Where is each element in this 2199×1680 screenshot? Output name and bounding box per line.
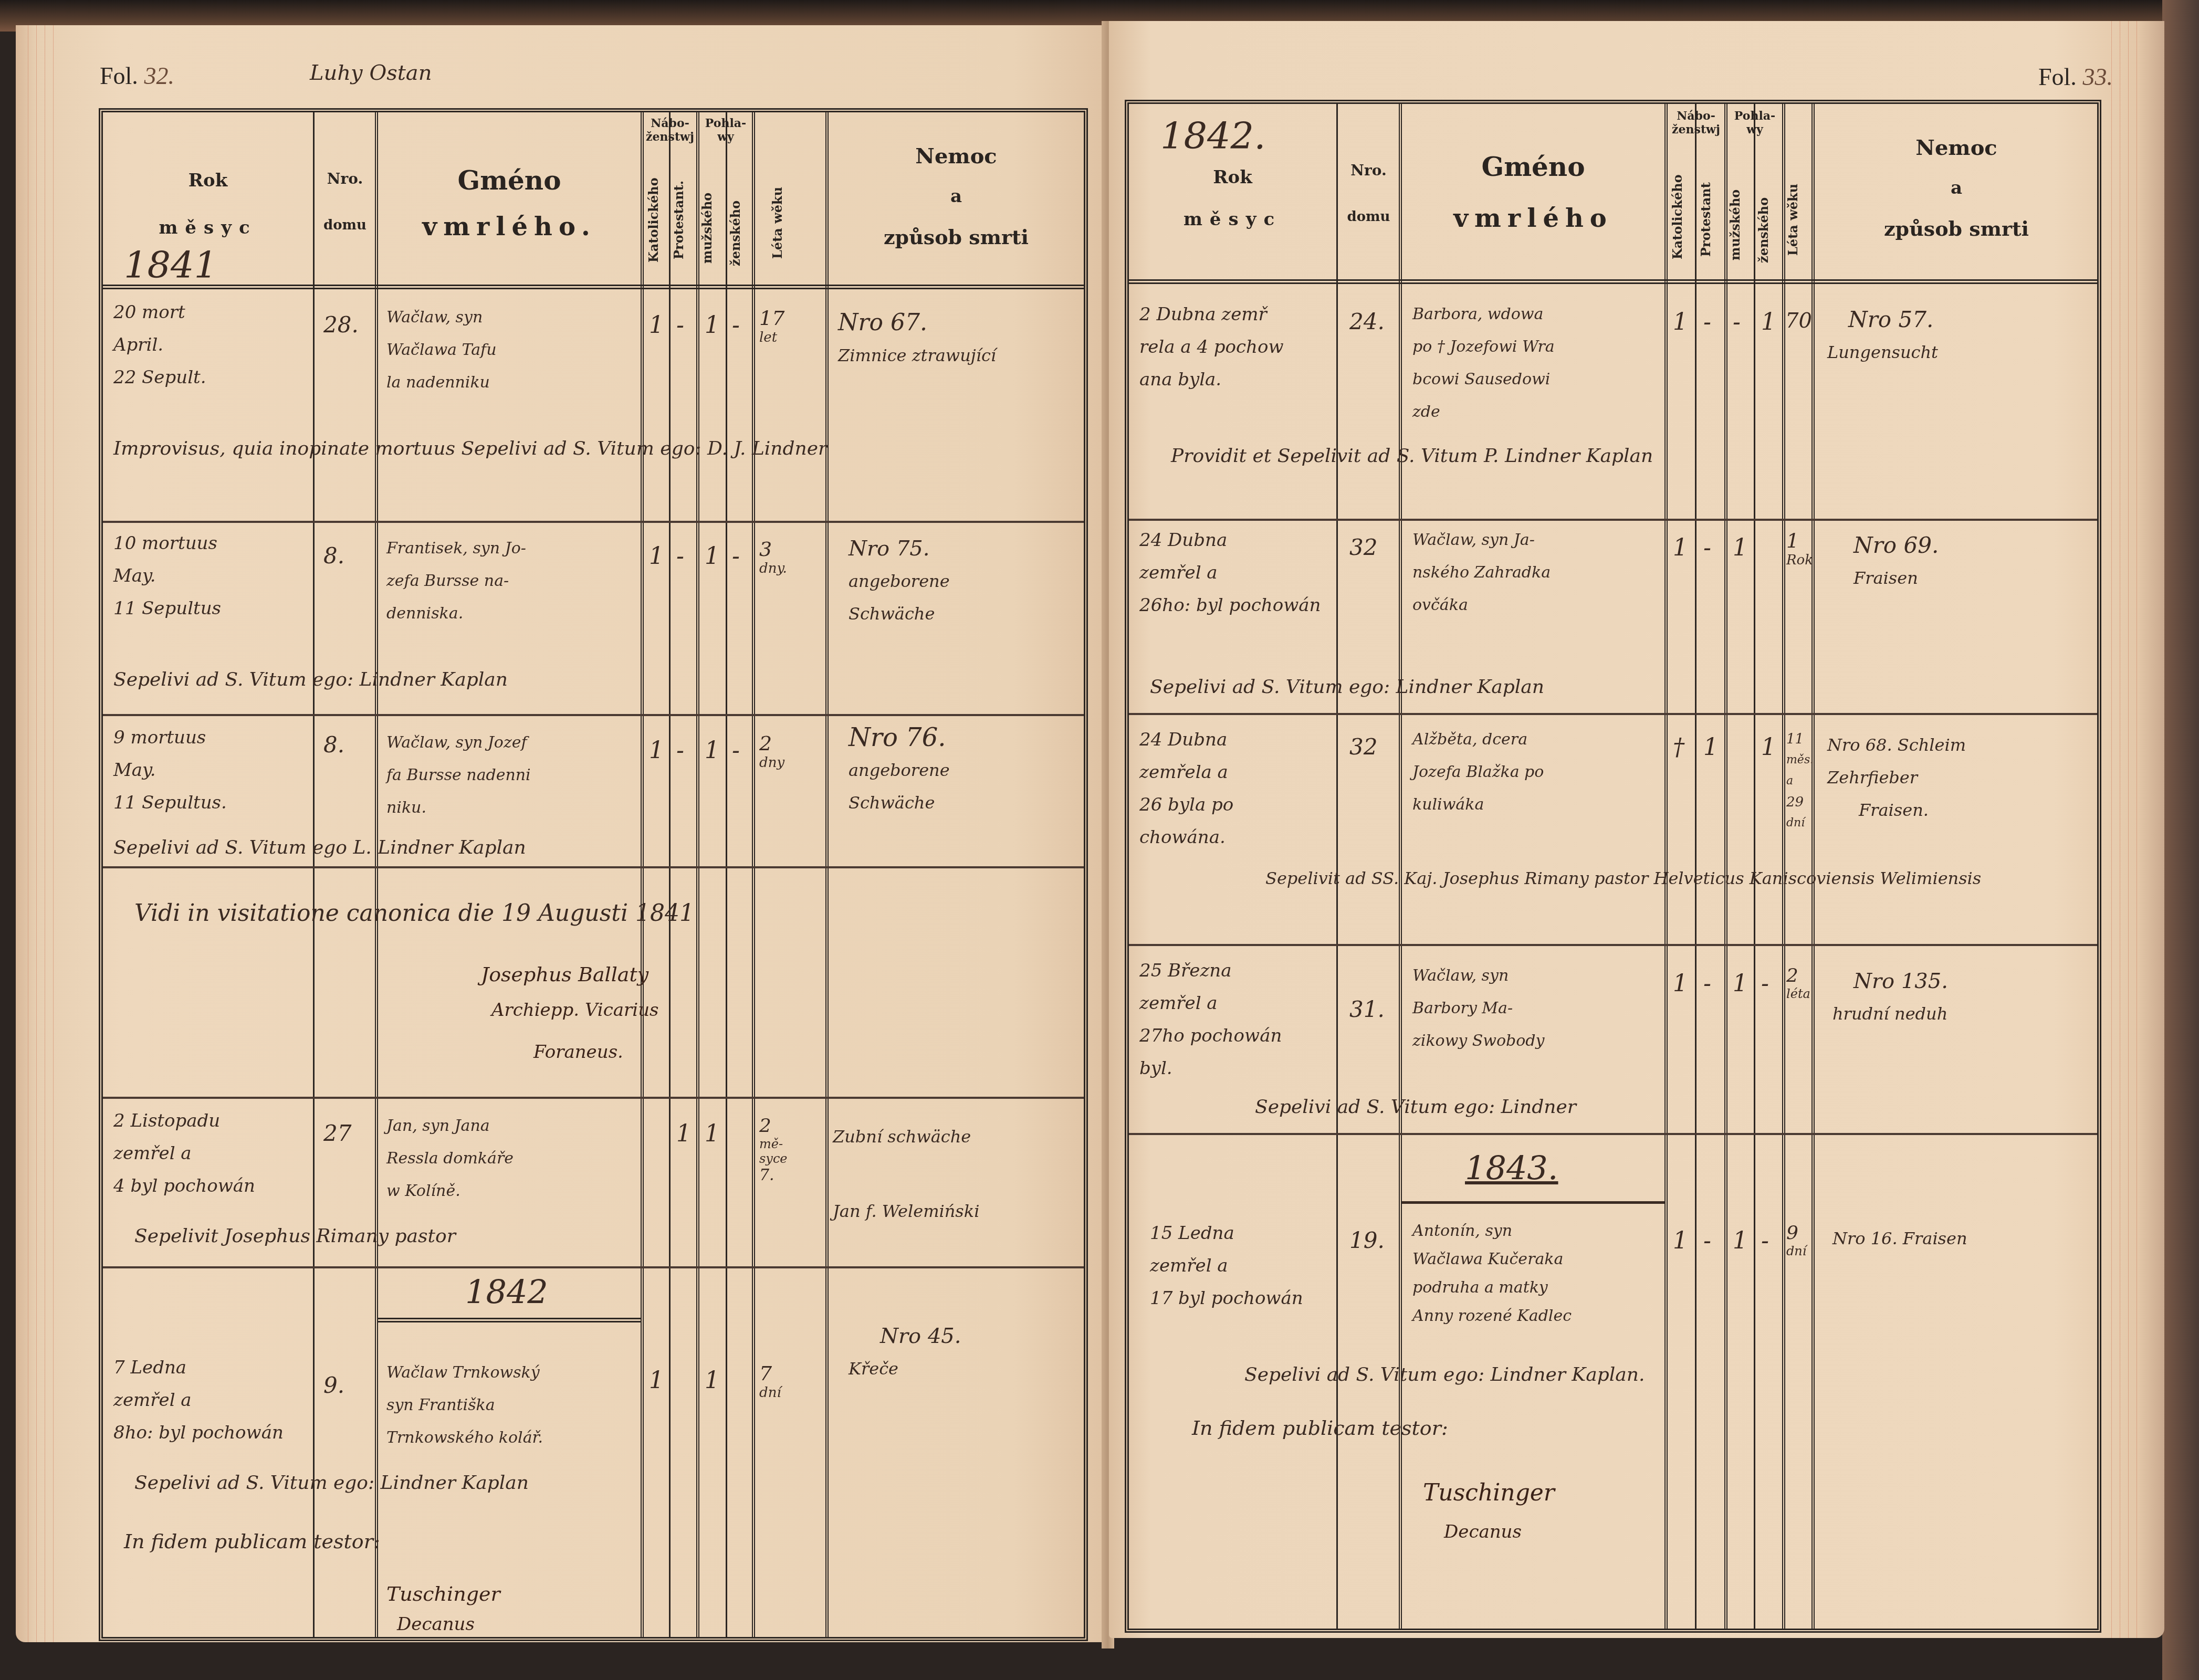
entry-house: 32 [1349, 734, 1377, 760]
entry-date: 25 Března zemřel a 27ho pochowán byl. [1139, 954, 1282, 1085]
entry-house: 24. [1349, 309, 1385, 334]
entry-name: Wačlaw, syn Wačlawa Tafu la nadenniku [386, 301, 497, 399]
col-divider [313, 112, 315, 1637]
entry-name: Wačlaw, syn Barbory Ma- zikowy Swobody [1412, 960, 1545, 1057]
entry-katolik: 1 [1673, 534, 1688, 561]
header-rule [1129, 279, 2097, 284]
entry-cause: Nro 75. angeborene Schwäche [849, 532, 950, 630]
visitation-signature: Josephus Ballaty [481, 963, 648, 986]
header-domu: domu [1338, 209, 1399, 225]
header-nemoc: Nemoc [828, 144, 1085, 169]
entry-burial-note: Sepelivit Josephus Rimany pastor [134, 1225, 456, 1247]
header-vmrleho: vmrlého [1402, 204, 1664, 233]
entry-muz: 1 [1733, 1227, 1747, 1254]
entry-date: 2 Dubna zemř rela a 4 pochow ana byla. [1139, 298, 1284, 396]
row-rule [1129, 944, 2097, 946]
entry-burial-note: Sepelivit ad SS. Kaj. Josephus Rimany pa… [1265, 860, 2085, 897]
header-pohlawy: Pohla- wy [699, 117, 752, 144]
entry-muz: 1 [705, 1367, 719, 1394]
row-rule [103, 521, 1084, 523]
entry-protestant: 1 [1703, 734, 1718, 761]
entry-name: Wačlaw Trnkowský syn Františka Trnkowské… [386, 1357, 543, 1454]
entry-burial-note: Improvisus, quia inopinate mortuus Sepel… [113, 438, 827, 459]
entry-house: 31. [1349, 996, 1385, 1022]
header-protestant: Protestant [1698, 162, 1722, 277]
entry-burial-note: Sepelivi ad S. Vitum ego: Lindner Kaplan [134, 1472, 529, 1494]
col-divider [669, 112, 671, 1637]
left-page: Fol. 32. Luhy Ostan Rok měsyc 1841 Nro. … [16, 25, 1107, 1642]
entry-house: 27 [323, 1120, 351, 1146]
entry-name: Frantisek, syn Jo- zefa Bursse na- denni… [386, 532, 526, 630]
row-rule [1129, 713, 2097, 715]
entry-age: 7 dní [759, 1362, 781, 1401]
entry-date: 7 Ledna zemřel a 8ho: byl pochowán [113, 1351, 284, 1449]
header-zpusob-smrti: způsob smrti [828, 225, 1085, 249]
entry-house: 28. [323, 312, 359, 338]
entry-protestant: - [1703, 309, 1711, 335]
entry-katolik: 1 [649, 312, 664, 339]
header-nro: Nro. [315, 170, 375, 187]
header-rule [103, 285, 1084, 289]
entry-muz: - [1733, 309, 1741, 335]
register-table: 1842. Rok měsyc Nro. domu Gméno vmrlého … [1125, 100, 2101, 1633]
entry-cause: Nro 68. Schleim Zehrfieber Fraisen. [1827, 729, 1966, 826]
row-rule [1129, 519, 2097, 521]
entry-date: 9 mortuus May. 11 Sepultus. [113, 721, 227, 819]
header-mesyc: měsyc [1129, 209, 1336, 230]
year-1841: 1841 [124, 244, 217, 287]
header-vmrleho: vmrlého. [378, 212, 641, 241]
header-leta-weku: Léta wěku [1785, 162, 1809, 277]
visitation-signature-title: Foraneus. [533, 1042, 623, 1063]
year-mark-1843: 1843. [1465, 1149, 1558, 1187]
entry-burial-note: Sepelivi ad S. Vitum ego: Lindner Kaplan… [1244, 1364, 1645, 1385]
entry-muz: 1 [705, 312, 719, 339]
header-nabozenstwi: Nábo- ženstwj [1668, 109, 1724, 136]
header-katolickeho: Katolického [1670, 156, 1694, 277]
entry-muz: 1 [705, 737, 719, 764]
header-protestant: Protestant. [671, 160, 694, 280]
col-divider [825, 112, 829, 1637]
entry-cause: Nro 76. angeborene Schwäche [849, 721, 950, 819]
entry-date: 24 Dubna zemřela a 26 byla po chowána. [1139, 723, 1233, 854]
entry-house: 8. [323, 543, 344, 569]
entry-protestant: - [1703, 1227, 1711, 1254]
entry-age: 9 dní [1786, 1222, 1807, 1258]
dean-title: Decanus [1444, 1521, 1522, 1542]
header-katolickeho: Katolického [646, 160, 669, 280]
entry-zena: - [732, 312, 740, 339]
entry-cause: Nro 69. Fraisen [1854, 529, 1939, 594]
entry-protestant: - [676, 312, 684, 339]
right-page: Fol. 33. 1842. Rok měsyc Nro. domu Gméno… [1109, 21, 2164, 1638]
col-divider [375, 112, 378, 1637]
folio-label-text: Fol. [2038, 64, 2077, 90]
entry-katolik: † [1673, 734, 1684, 761]
attestation-text: In fidem publicam testor: [124, 1530, 380, 1553]
header-leta-weku: Léta wěku [770, 165, 794, 280]
folio-label: Fol. 32. [100, 62, 174, 90]
entry-protestant: - [676, 737, 684, 764]
col-divider [752, 112, 755, 1637]
year-rule [1402, 1201, 1664, 1204]
header-a: a [1815, 177, 2098, 198]
page-edges [2107, 21, 2138, 1638]
folio-label-text: Fol. [100, 62, 138, 89]
year-rule [378, 1318, 641, 1322]
entry-name: Wačlaw, syn Ja- nského Zahradka ovčáka [1412, 524, 1551, 622]
col-divider [726, 112, 727, 1637]
header-gmeno: Gméno [1402, 151, 1664, 182]
entry-name: Alžběta, dcera Jozefa Blažka po kuliwáka [1412, 723, 1544, 821]
year-1842-header: 1842. [1160, 114, 1265, 157]
entry-name: Jan, syn Jana Ressla domkáře w Kolíně. [386, 1110, 514, 1207]
header-nabozenstwi: Nábo- ženstwj [644, 117, 696, 144]
entry-katolik: 1 [1673, 1227, 1688, 1254]
entry-cause: Nro 135. hrudní neduh [1832, 965, 1948, 1030]
entry-burial-note: Sepelivi ad S. Vitum ego: Lindner Kaplan [113, 669, 508, 690]
entry-muz: 1 [705, 543, 719, 570]
row-rule [103, 866, 1084, 868]
entry-zena: 1 [1761, 734, 1776, 761]
entry-date: 2 Listopadu zemřel a 4 byl pochowán [113, 1105, 255, 1202]
header-zenskeho: ženského [728, 186, 752, 280]
dean-signature: Tuschinger [386, 1582, 500, 1605]
attestation-text: In fidem publicam testor: [1192, 1416, 1448, 1440]
entry-age: 70 [1785, 309, 1812, 333]
entry-age: 2 mě- syce 7. [759, 1115, 788, 1184]
entry-muz: 1 [1733, 970, 1747, 997]
header-a: a [828, 186, 1085, 207]
entry-date: 10 mortuus May. 11 Sepultus [113, 527, 221, 625]
header-muzskeho: mužského [699, 175, 724, 280]
folio-label: Fol. 33. [2038, 63, 2113, 91]
entry-cause: Zubní schwäche Jan f. Welemiński [833, 1120, 979, 1227]
dean-title: Decanus [397, 1614, 475, 1635]
entry-date: 15 Ledna zemřel a 17 byl pochowán [1150, 1217, 1303, 1315]
header-mesyc: měsyc [103, 217, 313, 238]
entry-muz: 1 [1733, 534, 1747, 561]
page-edges [23, 25, 55, 1642]
row-rule [103, 1266, 1084, 1268]
dean-signature: Tuschinger [1423, 1479, 1555, 1506]
header-rok: Rok [103, 170, 313, 191]
header-pohlawy: Pohla- wy [1727, 109, 1782, 136]
entry-name: Barbora, wdowa po † Jozefowi Wra bcowi S… [1412, 298, 1555, 428]
entry-date: 20 mort April. 22 Sepult. [113, 296, 206, 394]
entry-burial-note: Sepelivi ad S. Vitum ego: Lindner [1255, 1096, 1576, 1118]
folio-number: 33. [2082, 64, 2113, 90]
entry-muz: 1 [705, 1120, 719, 1147]
entry-katolik: 1 [1673, 970, 1688, 997]
entry-age: 1 Rok [1786, 529, 1813, 568]
entry-protestant: 1 [676, 1120, 691, 1147]
header-muzskeho: mužského [1727, 172, 1752, 277]
entry-zena: 1 [1761, 309, 1776, 335]
visitation-note: Vidi in visitatione canonica die 19 Augu… [134, 900, 694, 927]
folio-number: 32. [144, 62, 174, 89]
entry-age: 3 dny. [759, 538, 787, 576]
row-rule [103, 1097, 1084, 1099]
entry-cause: Nro 16. Fraisen [1832, 1222, 1967, 1255]
entry-age: 17 let [759, 307, 784, 345]
entry-zena: - [1761, 970, 1769, 997]
col-divider [696, 112, 699, 1637]
entry-age: 2 dny [759, 732, 784, 771]
entry-zena: - [1761, 1227, 1769, 1254]
row-rule [1129, 1133, 2097, 1135]
entry-katolik: 1 [649, 737, 664, 764]
entry-age: 2 léta [1786, 965, 1810, 1001]
register-table: Rok měsyc 1841 Nro. domu Gméno vmrlého. … [99, 108, 1088, 1641]
entry-zena: - [732, 543, 740, 570]
entry-house: 9. [323, 1372, 344, 1398]
entry-name: Wačlaw, syn Jozef fa Bursse nadenni niku… [386, 727, 531, 824]
entry-protestant: - [676, 543, 684, 570]
entry-house: 19. [1349, 1227, 1385, 1253]
header-note: Luhy Ostan [310, 61, 432, 85]
header-zpusob-smrti: způsob smrti [1815, 217, 2098, 240]
header-domu: domu [315, 217, 375, 233]
entry-date: 24 Dubna zemřel a 26ho: byl pochowán [1139, 524, 1321, 622]
entry-protestant: - [1703, 534, 1711, 561]
entry-burial-note: Sepelivi ad S. Vitum ego L. Lindner Kapl… [113, 837, 526, 858]
entry-name: Antonín, syn Wačlawa Kučeraka podruha a … [1412, 1217, 1572, 1330]
entry-cause: Nro 57. Lungensucht [1827, 303, 1938, 369]
header-gmeno: Gméno [378, 165, 641, 196]
entry-protestant: - [1703, 970, 1711, 997]
header-nemoc: Nemoc [1815, 135, 2098, 160]
entry-zena: - [732, 737, 740, 764]
book-cover-right [2162, 0, 2199, 1680]
entry-house: 32 [1349, 534, 1377, 560]
year-mark-1842: 1842 [465, 1273, 548, 1311]
entry-house: 8. [323, 732, 344, 758]
visitation-signature-title: Archiepp. Vicarius [491, 1000, 659, 1021]
header-zenskeho: ženského [1756, 183, 1780, 277]
entry-burial-note: Providit et Sepelivit ad S. Vitum P. Lin… [1171, 445, 1653, 467]
entry-age: 11 měs. a 29 dní [1786, 729, 1814, 834]
entry-katolik: 1 [649, 1367, 664, 1394]
entry-burial-note: Sepelivi ad S. Vitum ego: Lindner Kaplan [1150, 676, 1544, 698]
row-rule [103, 714, 1084, 716]
header-rok: Rok [1129, 167, 1336, 188]
entry-cause: Nro 67. Zimnice ztrawující [838, 307, 996, 372]
col-divider [641, 112, 644, 1637]
entry-cause: Nro 45. Křeče [849, 1320, 961, 1385]
entry-katolik: 1 [1673, 309, 1688, 335]
header-nro: Nro. [1338, 162, 1399, 179]
entry-katolik: 1 [649, 543, 664, 570]
